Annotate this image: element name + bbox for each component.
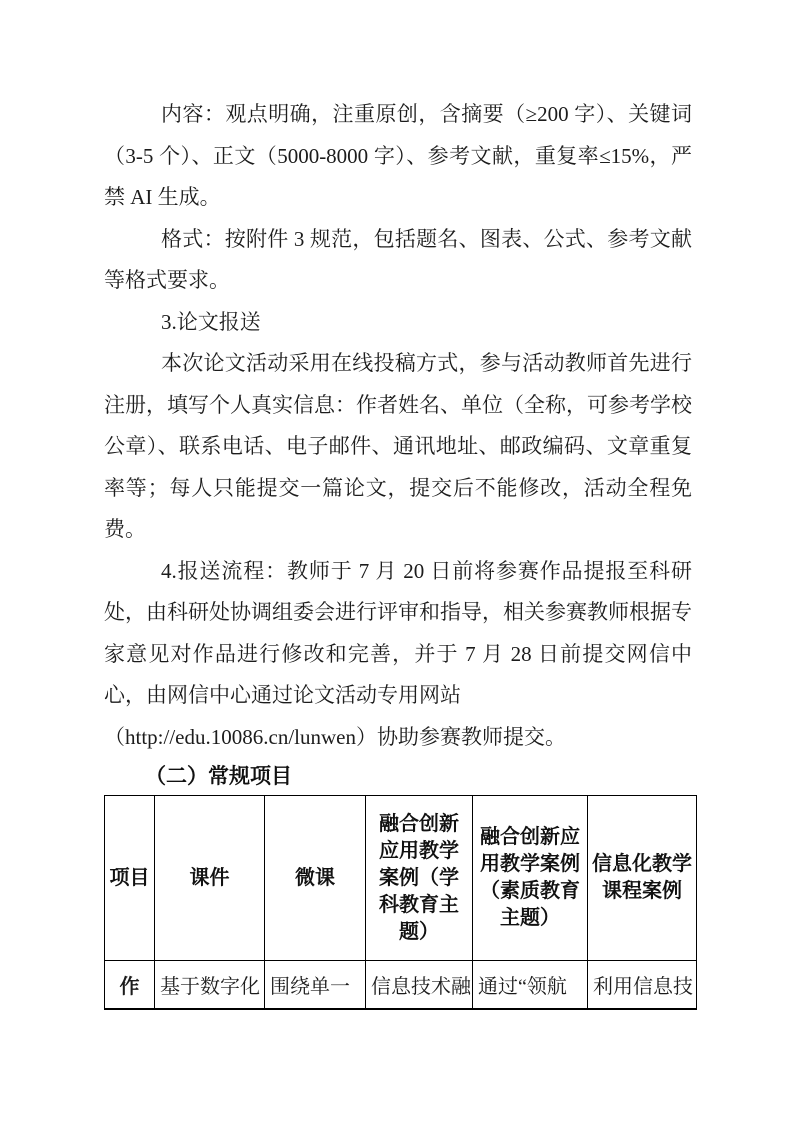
column-header-project: 项目 [105, 796, 155, 961]
paragraph-item-3-heading: 3.论文报送 [104, 302, 692, 344]
table-header-row: 项目 课件 微课 融合创新应用教学案例（学科教育主题） 融合创新应用教学案例（素… [105, 796, 697, 961]
paragraph-format-requirements: 格式：按附件 3 规范，包括题名、图表、公式、参考文献等格式要求。 [104, 219, 692, 302]
paragraph-content-requirements: 内容：观点明确，注重原创，含摘要（≥200 字）、关键词（3-5 个）、正文（5… [104, 94, 692, 219]
document-page: 内容：观点明确，注重原创，含摘要（≥200 字）、关键词（3-5 个）、正文（5… [0, 0, 793, 1122]
regular-projects-table: 项目 课件 微课 融合创新应用教学案例（学科教育主题） 融合创新应用教学案例（素… [104, 795, 697, 1010]
row-header-cell: 作 [105, 961, 155, 1009]
cell-fusion-case-quality: 通过“领航 [473, 961, 588, 1009]
section-heading-regular-projects: （二）常规项目 [104, 758, 692, 795]
column-header-microlecture: 微课 [265, 796, 366, 961]
column-header-informatized-course-case: 信息化教学课程案例 [588, 796, 697, 961]
cell-courseware: 基于数字化 [155, 961, 265, 1009]
column-header-courseware: 课件 [155, 796, 265, 961]
table-row: 作 基于数字化 围绕单一 信息技术融 通过“领航 利用信息技 [105, 961, 697, 1009]
cell-informatized-course-case: 利用信息技 [588, 961, 697, 1009]
cell-microlecture: 围绕单一 [265, 961, 366, 1009]
paragraph-submission-process: 4.报送流程：教师于 7 月 20 日前将参赛作品提报至科研处，由科研处协调组委… [104, 551, 692, 759]
document-content: 内容：观点明确，注重原创，含摘要（≥200 字）、关键词（3-5 个）、正文（5… [104, 94, 692, 1010]
paragraph-online-submission: 本次论文活动采用在线投稿方式，参与活动教师首先进行注册，填写个人真实信息：作者姓… [104, 343, 692, 551]
column-header-fusion-case-subject: 融合创新应用教学案例（学科教育主题） [366, 796, 473, 961]
column-header-fusion-case-quality: 融合创新应用教学案例（素质教育主题） [473, 796, 588, 961]
cell-fusion-case-subject: 信息技术融 [366, 961, 473, 1009]
